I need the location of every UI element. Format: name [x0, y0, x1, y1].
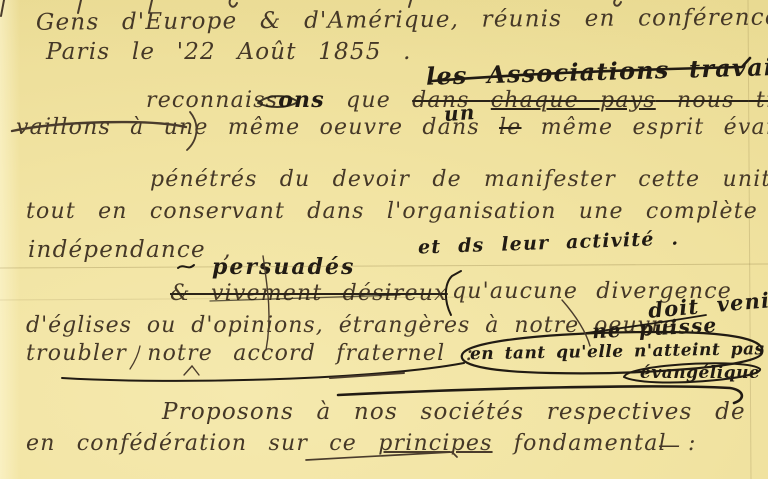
line12-pre: en confédération sur ce — [26, 431, 378, 456]
edit-insert-un: un — [443, 101, 476, 125]
edit-activity-note: et ds leur activité . — [418, 228, 680, 258]
manuscript-line-2: Paris le '22 Août 1855 . — [46, 40, 412, 65]
manuscript-line-10: troubler notre accord fraternel : — [26, 342, 474, 366]
line3-word-reconnaiss: reconnaiss — [146, 88, 278, 113]
dash-after-fraternel — [330, 373, 404, 378]
manuscript-line-11: Proposons à nos sociétés respectives de … — [162, 400, 768, 425]
manuscript-line-5: pénétrés du devoir de manifester cette u… — [150, 168, 768, 192]
edit-insert-associations: les Associations travaillent — [426, 52, 768, 90]
line3-struck-underlined-chaque-pays: chaque pays — [491, 88, 656, 113]
manuscript-line-9: d'églises ou d'opinions, étrangères à no… — [26, 314, 677, 338]
line3-struck-nous-tra: nous tra — — [656, 88, 768, 113]
manuscript-line-12: en confédération sur ce principes fondam… — [26, 432, 697, 456]
line3-overwritten-ending: ons — [278, 87, 325, 113]
manuscript-line-1: Gens d'Europe & d'Amérique, réunis en co… — [36, 5, 768, 36]
line9-ne-puisse: ne puisse — [592, 314, 718, 343]
edit-insert-persuades: persuadés — [212, 255, 355, 279]
line4-struck-vaillons: vaillons — [16, 115, 111, 140]
manuscript-line-4: vaillons à une même oeuvre dans le même … — [16, 116, 768, 140]
edit-circled-evangelique: évangélique — [640, 364, 760, 383]
line4-struck-le: le — [499, 115, 521, 140]
line4-rest: à une même oeuvre dans — [111, 115, 499, 140]
line3-que: que — [325, 88, 412, 113]
edit-circled-base-line: en tant qu'elle n'atteint pas la base — [470, 339, 768, 364]
manuscript-line-6: tout en conservant dans l'organisation u… — [26, 200, 758, 224]
line8-struck-vivement-desireux: & vivement désireux — [170, 282, 448, 306]
line4-tail: même esprit évangélique , — [522, 115, 768, 140]
manuscript-line-7: indépendance , — [28, 238, 232, 263]
line12-end-dash: — — [658, 434, 681, 458]
line12-underlined-principes: principes — [378, 431, 492, 456]
insert-squiggle-persuades — [178, 265, 194, 268]
manuscript-page: Gens d'Europe & d'Amérique, réunis en co… — [0, 0, 768, 479]
caret-under-notre — [184, 366, 199, 375]
